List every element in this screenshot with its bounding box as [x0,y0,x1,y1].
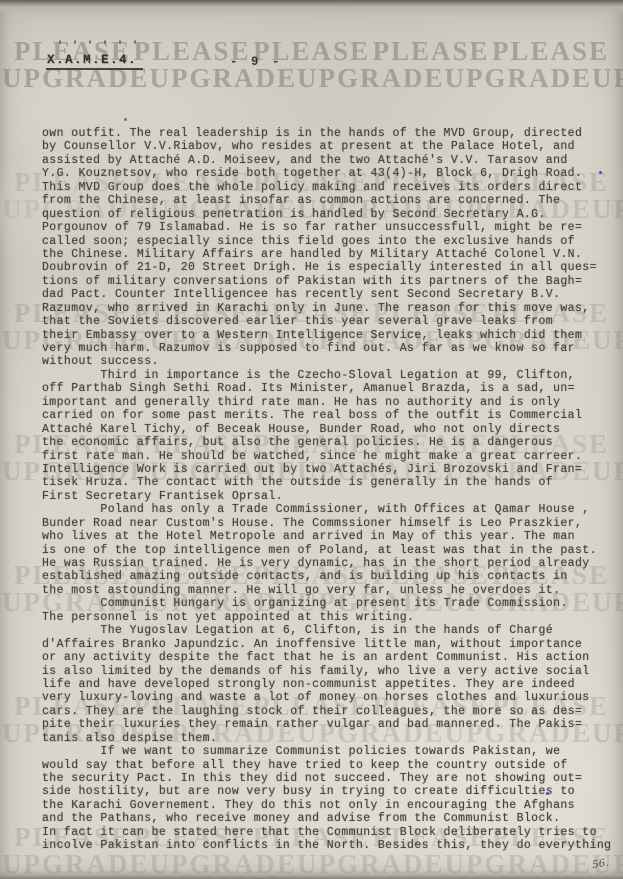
text-line: Razumov, who arrived in Karachi only in … [42,302,608,315]
text-line: the most astounding manner. He will go v… [42,584,608,597]
text-line: dad Pact. Counter Intelligencee has rece… [42,288,608,301]
text-line: This MVD Group does the whole policy mak… [42,181,608,194]
text-line: Third in importance is the Czecho-Sloval… [42,369,608,382]
text-line: very luxury-loving and waste a lot of mo… [42,691,608,704]
watermark-word: UPGRADE [592,63,623,94]
text-line: Intelligence Work is carried out by two … [42,463,608,476]
text-line: pite their luxuries they remain rather v… [42,718,608,731]
text-line: who lives at the Hotel Metropole and arr… [42,530,608,543]
text-line: In fact it can be stated here that the C… [42,826,608,839]
text-line: tanis also despise them. [42,732,608,745]
text-line: is one of the top intelligence men of Po… [42,544,608,557]
text-line: without success. [42,355,608,368]
watermark-word: UPGRADE [445,63,593,94]
text-line: by Counsellor V.V.Riabov, who resides at… [42,140,608,153]
typed-tick-marks: '''''' [57,41,147,52]
text-line: own outfit. The real leadership is in th… [42,127,608,140]
text-line: the security Pact. In this they did not … [42,772,608,785]
document-body: own outfit. The real leadership is in th… [42,127,608,853]
text-line: Y.G. Kouznetsov, who reside both togethe… [42,167,608,180]
text-line: life and have developed strongly non-com… [42,678,608,691]
text-line: incolve Pakistan into conflicts in the N… [42,839,608,852]
document-reference: X.A.M.E.4. [46,53,143,70]
watermark-word: PLEASE [372,36,489,67]
text-line: assisted by Attaché A.D. Moiseev, and th… [42,154,608,167]
text-line: carried on for some past merits. The rea… [42,409,608,422]
text-line: important and generally third rate man. … [42,396,608,409]
text-line: is also limited by the demands of his fa… [42,665,608,678]
text-line: very much harm. Razumov is supposed to f… [42,342,608,355]
text-line: Attaché Karel Tichy, of Beceak House, Bu… [42,423,608,436]
text-line: tisek Hruza. The contact with the outsid… [42,476,608,489]
text-line: Doubrovin of 21-D, 20 Street Drigh. He i… [42,261,608,274]
ink-speck [599,171,602,174]
text-line: that the Soviets discovered earlier this… [42,315,608,328]
scan-bottom-edge [0,870,623,879]
ink-speck [546,792,549,795]
text-line: He was Russian trained. He is very dynam… [42,557,608,570]
text-line: and the Pathans, who receive money and a… [42,812,608,825]
text-line: Poland has only a Trade Commissioner, wi… [42,503,608,516]
text-line: question of religious penetration is han… [42,208,608,221]
text-line: from the Chinese, at least insofar as co… [42,194,608,207]
text-line: cars. They are the laughing stock of the… [42,705,608,718]
text-line: The Yugoslav Legation at 6, Clifton, is … [42,624,608,637]
text-line: If we want to summarize Communist polici… [42,745,608,758]
text-line: Porgounov of 79 Islamabad. He is so far … [42,221,608,234]
text-line: First Secretary Frantisek Oprsal. [42,490,608,503]
watermark-word: UPGRADE [297,63,445,94]
text-line: established amazing outside contacts, an… [42,570,608,583]
text-line: side hostility, but are now very busy in… [42,785,608,798]
text-line: d'Affaires Branko Japundzic. An inoffens… [42,638,608,651]
text-line: tions of military conversations of Pakis… [42,275,608,288]
text-line: off Parthab Singh Sethi Road. Its Minist… [42,382,608,395]
watermark-word: PLEASE [492,36,609,67]
text-line: the Chinese. Military Affairs are handle… [42,248,608,261]
text-line: The personnel is not yet appointed at th… [42,611,608,624]
text-line: their Embassy over to a Western Intellig… [42,329,608,342]
text-line: the economic affairs, but also the gener… [42,436,608,449]
text-line: Bunder Road near Custom's House. The Com… [42,517,608,530]
text-line: Communist Hungary is organizing at prese… [42,597,608,610]
text-line: the Karachi Governement. They do this no… [42,799,608,812]
text-line: first rate man. He should be watched, si… [42,450,608,463]
text-line: would say that before all they have trie… [42,759,608,772]
text-line: called soon; especially since this field… [42,235,608,248]
page-number: - 9 - [230,55,283,69]
text-line: or any activity despite the fact that he… [42,651,608,664]
scan-top-edge [0,0,623,16]
scanned-document-page: PLEASEPLEASEPLEASEPLEASEPLEASEUPGRADEUPG… [0,0,623,879]
ink-speck [124,118,127,121]
